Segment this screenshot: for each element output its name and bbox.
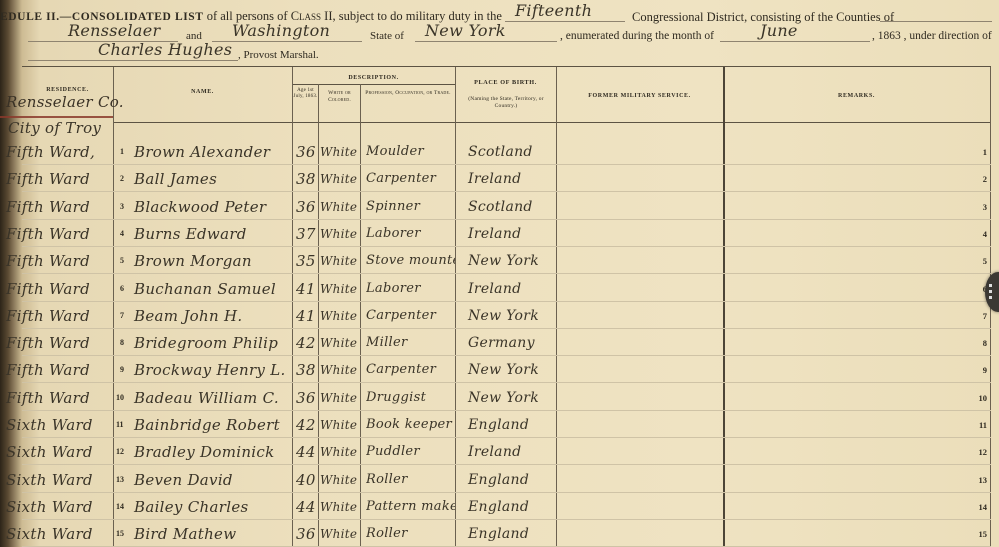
row-number-right: 2 xyxy=(983,164,987,194)
name-cell: Ball James xyxy=(134,164,292,191)
name-cell: Burns Edward xyxy=(134,219,292,246)
table-row: Sixth Ward11Bainbridge Robert42WhiteBook… xyxy=(0,410,999,437)
row-number-right: 12 xyxy=(979,437,988,467)
military-cell xyxy=(557,437,723,464)
occupation-cell: Druggist xyxy=(366,383,455,410)
residence-cell: Sixth Ward xyxy=(6,492,111,519)
header-bottom-border xyxy=(113,122,991,123)
row-number-right: 8 xyxy=(983,328,987,358)
occupation-cell: Miller xyxy=(366,328,455,355)
col-head-birth-note: (Naming the State, Territory, or Country… xyxy=(459,96,553,110)
remarks-cell xyxy=(725,437,955,464)
age-cell: 36 xyxy=(296,137,318,164)
birthplace-cell: England xyxy=(468,465,556,492)
remarks-cell xyxy=(725,383,955,410)
color-cell: White xyxy=(320,274,360,301)
table-row: Fifth Ward,1Brown Alexander36WhiteMoulde… xyxy=(0,137,999,164)
col-head-former-military: FORMER MILITARY SERVICE. xyxy=(556,92,723,101)
residence-cell: Fifth Ward xyxy=(6,274,111,301)
table-row: Fifth Ward7Beam John H.41WhiteCarpenterN… xyxy=(0,301,999,328)
row-number: 5 xyxy=(120,246,124,276)
row-number: 14 xyxy=(116,492,124,522)
age-cell: 36 xyxy=(296,192,318,219)
age-cell: 38 xyxy=(296,355,318,382)
row-number: 2 xyxy=(120,164,124,194)
description-divider xyxy=(292,84,455,85)
birthplace-cell: New York xyxy=(468,301,556,328)
age-cell: 41 xyxy=(296,274,318,301)
color-cell: White xyxy=(320,355,360,382)
table-top-border xyxy=(22,66,991,67)
row-number: 8 xyxy=(120,328,124,358)
col-head-white-colored: White or Colored. xyxy=(319,90,360,104)
remarks-cell xyxy=(725,301,955,328)
age-cell: 41 xyxy=(296,301,318,328)
color-cell: White xyxy=(320,492,360,519)
occupation-cell: Puddler xyxy=(366,437,455,464)
birthplace-cell: New York xyxy=(468,355,556,382)
state-field: New York xyxy=(415,22,557,42)
remarks-cell xyxy=(725,137,955,164)
birthplace-cell: New York xyxy=(468,246,556,273)
birthplace-cell: Ireland xyxy=(468,274,556,301)
col-head-profession: Profession, Occupation, or Trade. xyxy=(361,90,455,97)
name-cell: Brown Alexander xyxy=(134,137,292,164)
table-row: Sixth Ward15Bird Mathew36WhiteRollerEngl… xyxy=(0,519,999,546)
row-number-right: 3 xyxy=(983,192,987,222)
county-1-value: Rensselaer xyxy=(68,21,160,40)
occupation-cell: Laborer xyxy=(366,219,455,246)
district-field: Fifteenth xyxy=(505,2,625,22)
color-cell: White xyxy=(320,192,360,219)
age-cell: 36 xyxy=(296,383,318,410)
color-cell: White xyxy=(320,164,360,191)
row-number: 7 xyxy=(120,301,124,331)
table-row: Fifth Ward3Blackwood Peter36WhiteSpinner… xyxy=(0,192,999,219)
name-cell: Brockway Henry L. xyxy=(134,355,292,382)
county-1-field: Rensselaer xyxy=(28,22,178,42)
table-row: Fifth Ward5Brown Morgan35WhiteStove moun… xyxy=(0,246,999,273)
row-number: 12 xyxy=(116,437,124,467)
occupation-cell: Carpenter xyxy=(366,301,455,328)
month-value: June xyxy=(760,21,798,40)
remarks-cell xyxy=(725,246,955,273)
row-number-right: 1 xyxy=(983,137,987,167)
row-number: 11 xyxy=(116,410,124,440)
birthplace-cell: England xyxy=(468,492,556,519)
military-cell xyxy=(557,246,723,273)
row-number-right: 9 xyxy=(983,355,987,385)
age-cell: 38 xyxy=(296,164,318,191)
remarks-cell xyxy=(725,219,955,246)
age-cell: 44 xyxy=(296,492,318,519)
military-cell xyxy=(557,383,723,410)
name-cell: Bradley Dominick xyxy=(134,437,292,464)
age-cell: 36 xyxy=(296,519,318,546)
military-cell xyxy=(557,274,723,301)
name-cell: Bird Mathew xyxy=(134,519,292,546)
name-cell: Buchanan Samuel xyxy=(134,274,292,301)
counties-blank xyxy=(880,2,992,22)
residence-cell: Sixth Ward xyxy=(6,465,111,492)
occupation-cell: Roller xyxy=(366,465,455,492)
row-number: 3 xyxy=(120,192,124,222)
birthplace-cell: Ireland xyxy=(468,164,556,191)
table-row: Fifth Ward8Bridegroom Philip42WhiteMille… xyxy=(0,328,999,355)
residence-cell: Fifth Ward xyxy=(6,328,111,355)
row-number: 4 xyxy=(120,219,124,249)
table-row: Sixth Ward12Bradley Dominick44WhitePuddl… xyxy=(0,437,999,464)
military-cell xyxy=(557,219,723,246)
register-page: EDULE II.—CONSOLIDATED LIST of all perso… xyxy=(0,0,999,547)
marshal-value: Charles Hughes xyxy=(98,40,232,59)
remarks-cell xyxy=(725,355,955,382)
residence-cell: Fifth Ward xyxy=(6,355,111,382)
occupation-cell: Stove mounter xyxy=(366,246,455,273)
residence-cell: Sixth Ward xyxy=(6,437,111,464)
row-number: 10 xyxy=(116,383,124,413)
age-cell: 40 xyxy=(296,465,318,492)
military-cell xyxy=(557,492,723,519)
color-cell: White xyxy=(320,465,360,492)
color-cell: White xyxy=(320,437,360,464)
state-label: State of xyxy=(370,30,404,42)
age-cell: 35 xyxy=(296,246,318,273)
table-row: Sixth Ward13Beven David40WhiteRollerEngl… xyxy=(0,465,999,492)
col-head-name: NAME. xyxy=(113,88,292,97)
row-number-right: 7 xyxy=(983,301,987,331)
table-row: Fifth Ward10Badeau William C.36WhiteDrug… xyxy=(0,383,999,410)
year-label: , 1863 , under direction of xyxy=(872,30,992,42)
age-cell: 37 xyxy=(296,219,318,246)
row-number: 6 xyxy=(120,274,124,304)
name-cell: Brown Morgan xyxy=(134,246,292,273)
birthplace-cell: Ireland xyxy=(468,219,556,246)
remarks-cell xyxy=(725,492,955,519)
enumerated-label: , enumerated during the month of xyxy=(560,30,714,42)
residence-cell: Fifth Ward xyxy=(6,192,111,219)
occupation-cell: Laborer xyxy=(366,274,455,301)
table-row: Fifth Ward2Ball James38WhiteCarpenterIre… xyxy=(0,164,999,191)
row-number-right: 14 xyxy=(979,492,988,522)
residence-cell: Fifth Ward xyxy=(6,383,111,410)
residence-cell: Fifth Ward xyxy=(6,164,111,191)
residence-red-rule xyxy=(0,116,113,118)
birthplace-cell: England xyxy=(468,519,556,546)
remarks-cell xyxy=(725,192,955,219)
row-number: 9 xyxy=(120,355,124,385)
remarks-cell xyxy=(725,164,955,191)
birthplace-cell: Scotland xyxy=(468,137,556,164)
military-cell xyxy=(557,355,723,382)
name-cell: Badeau William C. xyxy=(134,383,292,410)
age-cell: 42 xyxy=(296,328,318,355)
military-cell xyxy=(557,410,723,437)
row-number-right: 15 xyxy=(979,519,988,547)
col-head-place-of-birth: PLACE OF BIRTH. xyxy=(455,78,556,87)
military-cell xyxy=(557,192,723,219)
age-cell: 44 xyxy=(296,437,318,464)
residence-cell: Fifth Ward, xyxy=(6,137,111,164)
residence-cell: Fifth Ward xyxy=(6,246,111,273)
color-cell: White xyxy=(320,328,360,355)
birthplace-cell: New York xyxy=(468,383,556,410)
table-row: Fifth Ward6Buchanan Samuel41WhiteLaborer… xyxy=(0,274,999,301)
marshal-field: Charles Hughes xyxy=(28,41,238,61)
col-head-age: Age 1st July, 1863. xyxy=(293,88,318,100)
birthplace-cell: Scotland xyxy=(468,192,556,219)
name-cell: Bailey Charles xyxy=(134,492,292,519)
birthplace-cell: Ireland xyxy=(468,437,556,464)
military-cell xyxy=(557,164,723,191)
remarks-cell xyxy=(725,274,955,301)
occupation-cell: Roller xyxy=(366,519,455,546)
birthplace-cell: England xyxy=(468,410,556,437)
color-cell: White xyxy=(320,301,360,328)
residence-cell: Sixth Ward xyxy=(6,519,111,546)
occupation-cell: Pattern maker xyxy=(366,492,455,519)
state-value: New York xyxy=(425,21,506,40)
name-cell: Beven David xyxy=(134,465,292,492)
row-number: 13 xyxy=(116,465,124,495)
name-cell: Bridegroom Philip xyxy=(134,328,292,355)
city-label: City of Troy xyxy=(8,119,101,137)
residence-cell: Sixth Ward xyxy=(6,410,111,437)
residence-cell: Fifth Ward xyxy=(6,301,111,328)
row-number-right: 5 xyxy=(983,246,987,276)
color-cell: White xyxy=(320,137,360,164)
occupation-cell: Carpenter xyxy=(366,164,455,191)
remarks-cell xyxy=(725,328,955,355)
military-cell xyxy=(557,465,723,492)
remarks-cell xyxy=(725,519,955,546)
table-row: Fifth Ward9Brockway Henry L.38WhiteCarpe… xyxy=(0,355,999,382)
row-number-right: 10 xyxy=(979,383,988,413)
remarks-cell xyxy=(725,465,955,492)
name-cell: Blackwood Peter xyxy=(134,192,292,219)
table-row: Fifth Ward4Burns Edward37WhiteLaborerIre… xyxy=(0,219,999,246)
row-number: 15 xyxy=(116,519,124,547)
color-cell: White xyxy=(320,383,360,410)
marshal-suffix: , Provost Marshal. xyxy=(238,49,319,61)
color-cell: White xyxy=(320,219,360,246)
color-cell: White xyxy=(320,519,360,546)
residence-county-value: Rensselaer Co. xyxy=(6,93,124,111)
row-number-right: 13 xyxy=(979,465,988,495)
table-row: Sixth Ward14Bailey Charles44WhitePattern… xyxy=(0,492,999,519)
color-cell: White xyxy=(320,410,360,437)
occupation-cell: Moulder xyxy=(366,137,455,164)
military-cell xyxy=(557,328,723,355)
birthplace-cell: Germany xyxy=(468,328,556,355)
military-cell xyxy=(557,519,723,546)
row-number-right: 4 xyxy=(983,219,987,249)
occupation-cell: Book keeper xyxy=(366,410,455,437)
col-head-description: DESCRIPTION. xyxy=(292,74,455,83)
residence-cell: Fifth Ward xyxy=(6,219,111,246)
row-number: 1 xyxy=(120,137,124,167)
age-cell: 42 xyxy=(296,410,318,437)
county-2-field: Washington xyxy=(212,22,362,42)
occupation-cell: Carpenter xyxy=(366,355,455,382)
military-cell xyxy=(557,301,723,328)
name-cell: Beam John H. xyxy=(134,301,292,328)
row-number-right: 11 xyxy=(979,410,987,440)
color-cell: White xyxy=(320,246,360,273)
district-value: Fifteenth xyxy=(515,1,592,20)
col-head-remarks: REMARKS. xyxy=(723,92,990,101)
occupation-cell: Spinner xyxy=(366,192,455,219)
month-field: June xyxy=(720,22,870,42)
military-cell xyxy=(557,137,723,164)
name-cell: Bainbridge Robert xyxy=(134,410,292,437)
remarks-cell xyxy=(725,410,955,437)
county-2-value: Washington xyxy=(232,21,330,40)
